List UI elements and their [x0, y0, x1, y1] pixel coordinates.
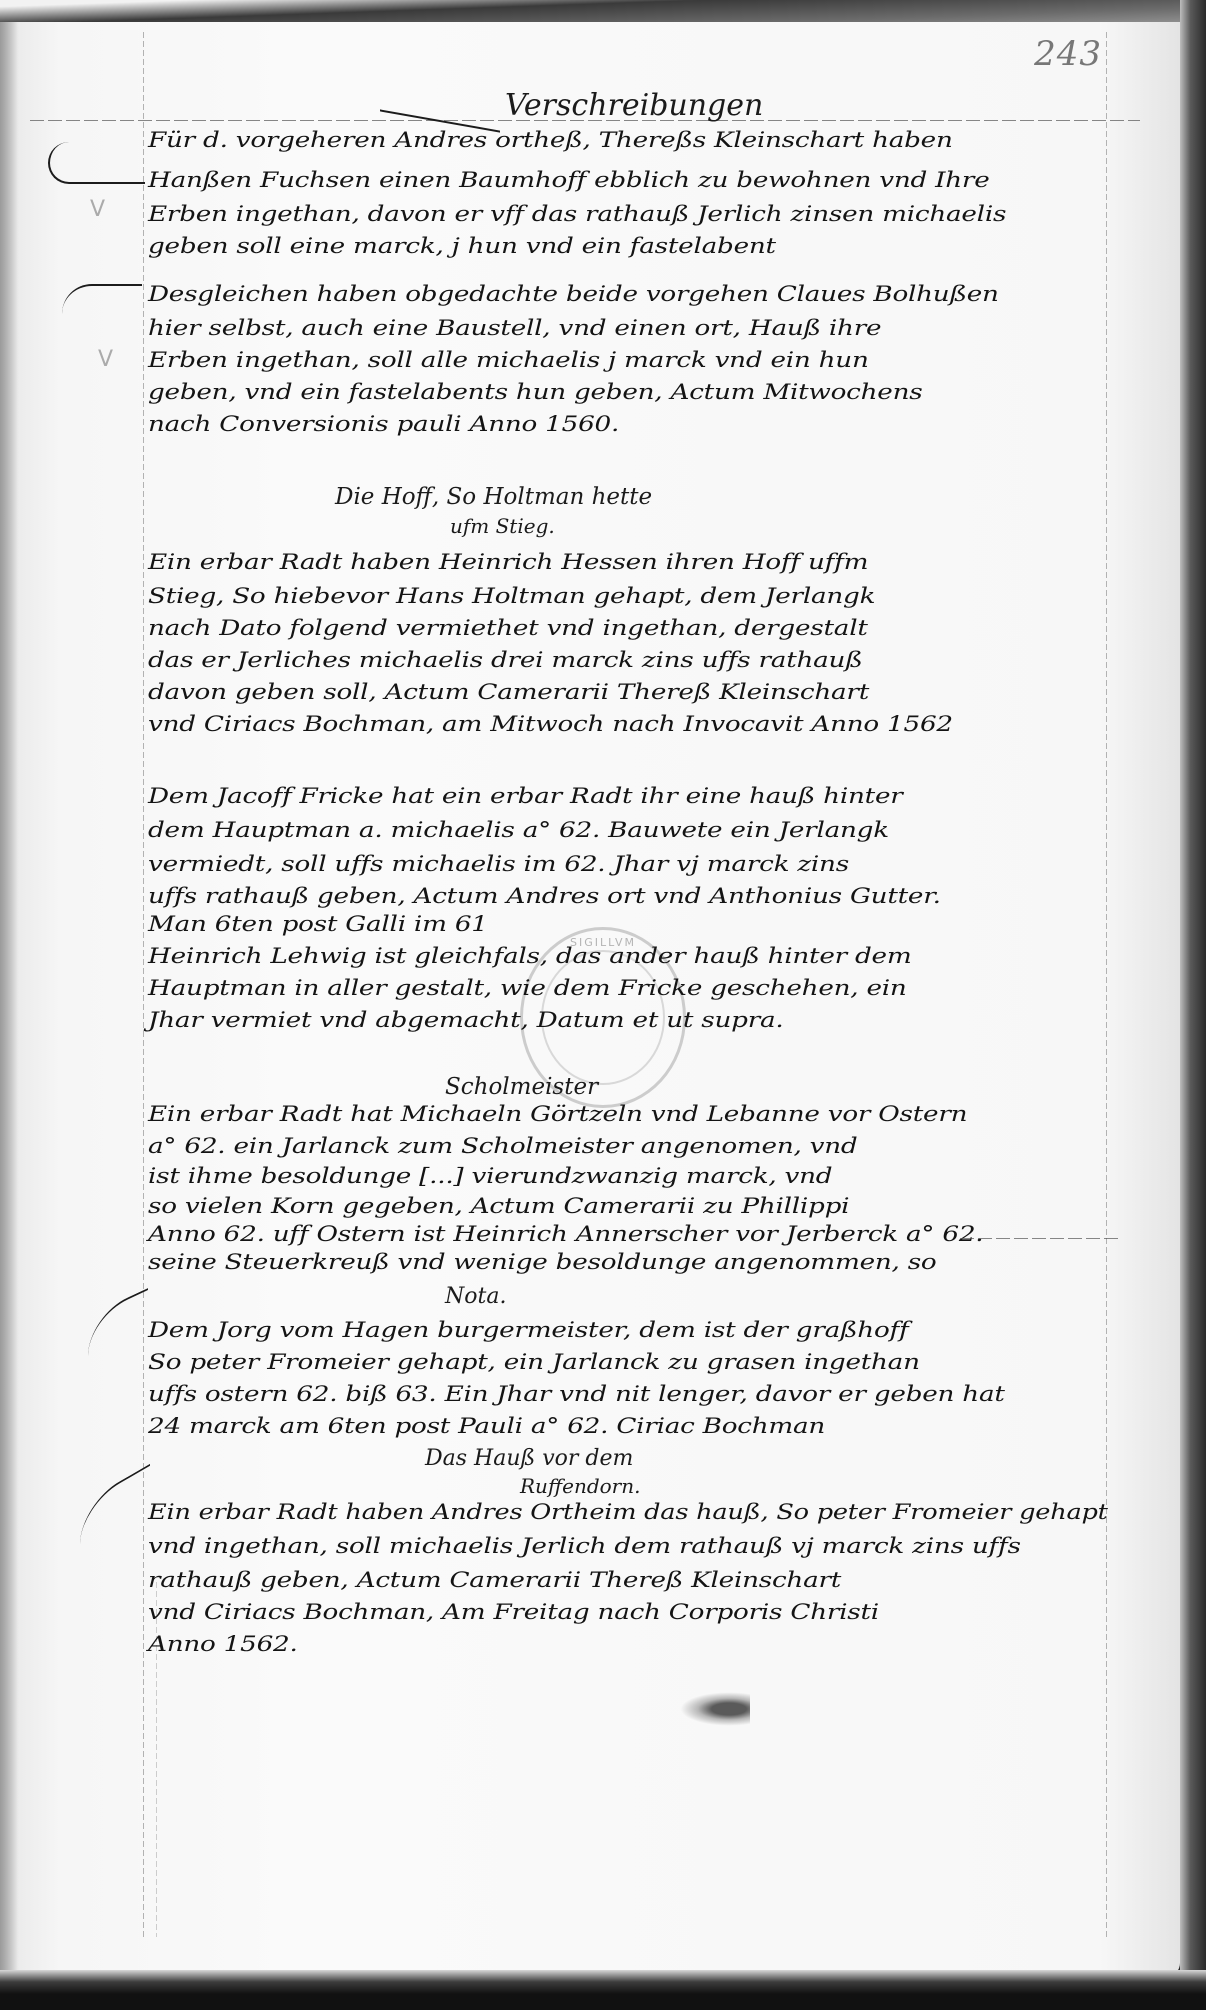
text-line: geben, vnd ein fastelabents hun geben, A…: [148, 380, 922, 404]
text-line: nach Conversionis pauli Anno 1560.: [148, 412, 619, 436]
text-line: Dem Jacoff Fricke hat ein erbar Radt ihr…: [148, 784, 903, 808]
page-heading: Verschreibungen: [505, 88, 763, 123]
section-heading: Die Hoff, So Holtman hette: [335, 484, 652, 510]
ink-blot: [680, 1692, 750, 1726]
text-line: davon geben soll, Actum Camerarii Thereß…: [148, 680, 869, 704]
heading-flourish: [380, 69, 500, 132]
text-line: Man 6ten post Galli im 61: [148, 912, 488, 936]
text-line: Erben ingethan, davon er vff das rathauß…: [148, 202, 1006, 226]
folio-number: 243: [1034, 34, 1102, 74]
text-line: Ein erbar Radt haben Andres Ortheim das …: [148, 1500, 1108, 1524]
text-line: so vielen Korn gegeben, Actum Camerarii …: [148, 1194, 849, 1218]
text-line: seine Steuerkreuß vnd wenige besoldunge …: [148, 1250, 936, 1274]
section-subheading: ufm Stieg.: [450, 514, 555, 538]
text-line: vnd Ciriacs Bochman, am Mitwoch nach Inv…: [148, 712, 953, 736]
manuscript-page: 243 V V Verschreibungen Für d. vorgehere…: [0, 22, 1180, 1977]
margin-mark: V: [90, 197, 105, 222]
text-line: 24 marck am 6ten post Pauli a° 62. Ciria…: [148, 1414, 825, 1438]
text-line: das er Jerliches michaelis drei marck zi…: [148, 648, 863, 672]
text-line: Anno 1562.: [148, 1632, 298, 1656]
entry-rule: [960, 1238, 1120, 1239]
entry-flourish: [80, 1464, 150, 1546]
text-line: hier selbst, auch eine Baustell, vnd ein…: [148, 316, 881, 340]
text-line: vnd Ciriacs Bochman, Am Freitag nach Cor…: [148, 1600, 879, 1624]
text-line: vnd ingethan, soll michaelis Jerlich dem…: [148, 1534, 1021, 1558]
text-line: Erben ingethan, soll alle michaelis j ma…: [148, 348, 869, 372]
scan-bottom-edge: [0, 1970, 1206, 2010]
entry-flourish: [62, 284, 142, 314]
text-line: uffs ostern 62. biß 63. Ein Jhar vnd nit…: [148, 1382, 1005, 1406]
entry-flourish: [48, 142, 145, 184]
text-line: So peter Fromeier gehapt, ein Jarlanck z…: [148, 1350, 920, 1374]
text-line: Dem Jorg vom Hagen burgermeister, dem is…: [148, 1318, 908, 1342]
text-line: dem Hauptman a. michaelis a° 62. Bauwete…: [148, 818, 889, 842]
text-line: a° 62. ein Jarlanck zum Scholmeister ang…: [148, 1134, 857, 1158]
scan-right-edge: [1180, 0, 1206, 2010]
text-line: Ein erbar Radt haben Heinrich Hessen ihr…: [148, 550, 868, 574]
text-line: rathauß geben, Actum Camerarii Thereß Kl…: [148, 1568, 841, 1592]
text-line: Hanßen Fuchsen einen Baumhoff ebblich zu…: [148, 168, 990, 192]
section-heading: Scholmeister: [445, 1074, 598, 1100]
section-heading: Nota.: [445, 1284, 506, 1309]
text-line: Stieg, So hiebevor Hans Holtman gehapt, …: [148, 584, 875, 608]
left-margin-rule: [143, 32, 144, 1937]
text-line: Heinrich Lehwig ist gleichfals, das ande…: [148, 944, 911, 968]
text-line: Hauptman in aller gestalt, wie dem Frick…: [148, 976, 907, 1000]
text-line: uffs rathauß geben, Actum Andres ort vnd…: [148, 884, 941, 908]
text-line: Desgleichen haben obgedachte beide vorge…: [148, 282, 999, 306]
text-line: nach Dato folgend vermiethet vnd ingetha…: [148, 616, 868, 640]
right-margin-rule: [1106, 32, 1107, 1937]
text-line: Ein erbar Radt hat Michaeln Görtzeln vnd…: [148, 1102, 967, 1126]
section-heading: Das Hauß vor dem: [425, 1446, 633, 1471]
text-line: Jhar vermiet vnd abgemacht, Datum et ut …: [148, 1008, 784, 1032]
binding-gutter-shadow: [0, 22, 18, 1977]
margin-mark: V: [98, 347, 113, 372]
text-line: Anno 62. uff Ostern ist Heinrich Annersc…: [148, 1222, 983, 1246]
text-line: ist ihme besoldunge [...] vierundzwanzig…: [148, 1164, 832, 1188]
text-line: geben soll eine marck, j hun vnd ein fas…: [148, 234, 776, 258]
entry-flourish: [88, 1288, 148, 1358]
text-line: Für d. vorgeheren Andres ortheß, Thereßs…: [148, 128, 953, 152]
section-subheading: Ruffendorn.: [520, 1474, 640, 1498]
text-line: vermiedt, soll uffs michaelis im 62. Jha…: [148, 852, 849, 876]
